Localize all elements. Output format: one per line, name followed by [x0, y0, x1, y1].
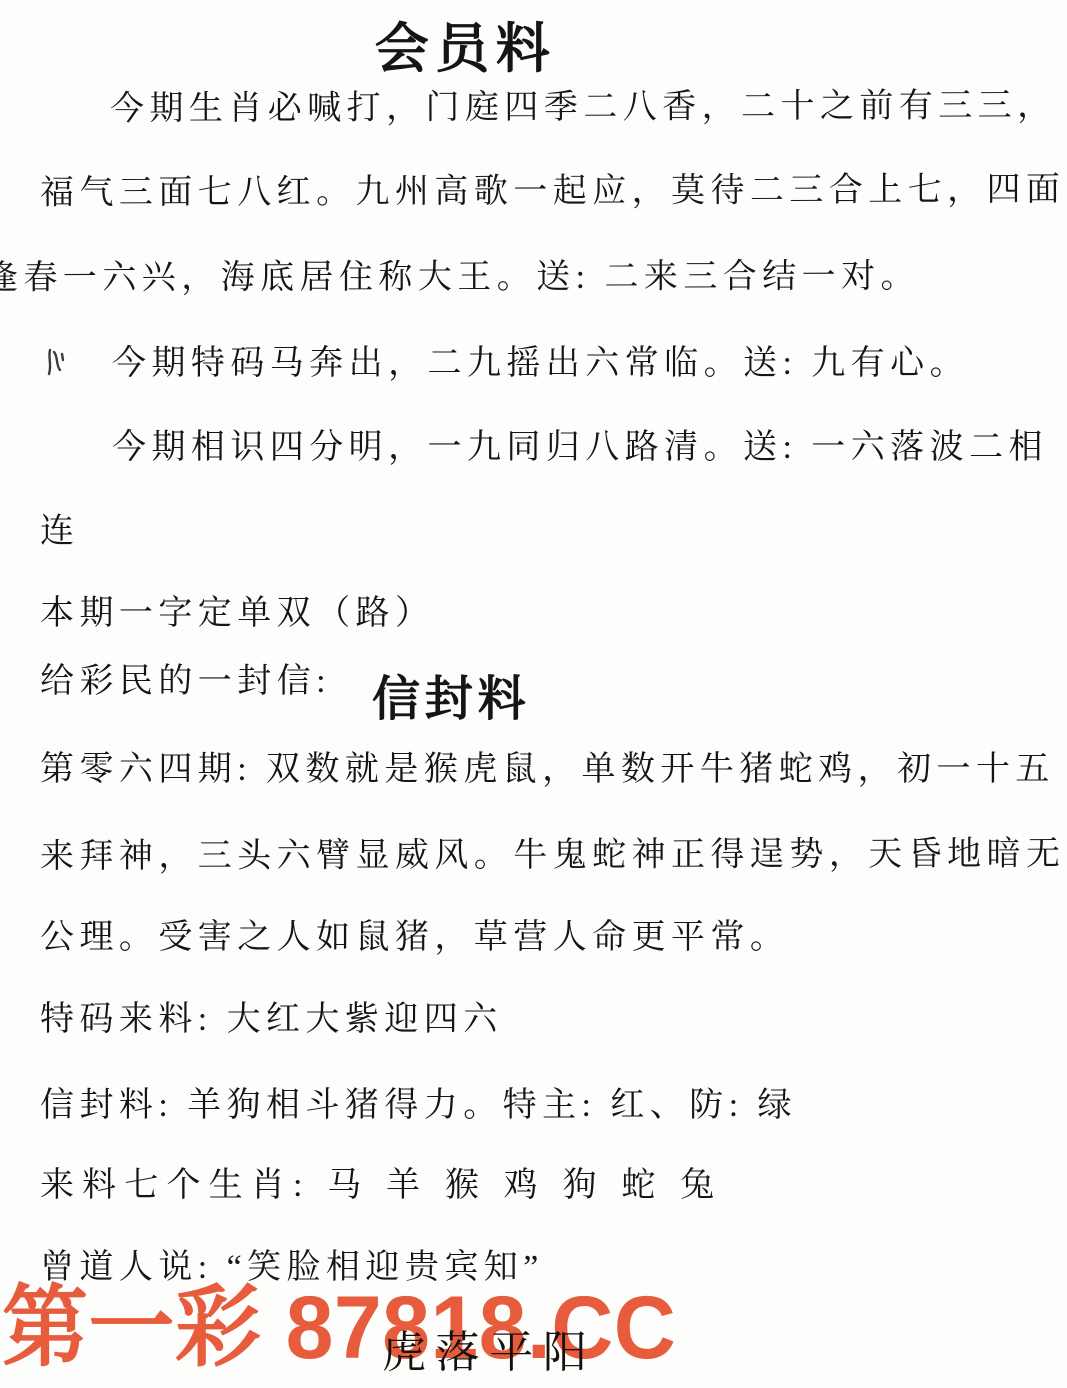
poem1-line3: 逢春一六兴，海底居住称大王。送: 二来三合结一对。	[0, 257, 920, 299]
issue-line1: 第零六四期: 双数就是猴虎鼠，单数开牛猪蛇鸡，初一十五	[40, 750, 1055, 790]
poem1-line2: 福气三面七八红。九州高歌一起应，莫待二三合上七，四面	[40, 170, 1066, 214]
poem1-line1: 今期生肖必喊打，门庭四季二八香，二十之前有三三，	[110, 86, 1057, 129]
envelope-section-title: 信封料	[372, 660, 530, 729]
ink-smudge-mark	[44, 346, 70, 380]
issue-line2: 来拜神，三头六臂显威风。牛鬼蛇神正得逞势，天昏地暗无	[40, 835, 1066, 878]
poem3-line2: 连	[40, 512, 79, 552]
zodiac-line: 来料七个生肖: 马 羊 猴 鸡 狗 蛇 兔	[40, 1166, 722, 1206]
envelope-intro-label: 给彩民的一封信:	[40, 662, 331, 702]
scanned-document-page: 会员料 今期生肖必喊打，门庭四季二八香，二十之前有三三， 福气三面七八红。九州高…	[0, 0, 1067, 1388]
envelope-tip-line: 信封料: 羊狗相斗猪得力。特主: 红、防: 绿	[40, 1086, 797, 1126]
poem3-line1: 今期相识四分明，一九同归八路清。送: 一六落波二相	[112, 428, 1048, 468]
poem2-line1: 今期特码马奔出，二九摇出六常临。送: 九有心。	[112, 344, 969, 384]
issue-line3: 公理。受害之人如鼠猪，草营人命更平常。	[40, 918, 789, 958]
bottom-caption: 虎落平阳	[382, 1316, 597, 1380]
member-section-title: 会员料	[0, 6, 999, 83]
special-code-line: 特码来料: 大红大紫迎四六	[40, 1000, 503, 1040]
odd-even-line: 本期一字定单双（路）	[40, 594, 434, 634]
